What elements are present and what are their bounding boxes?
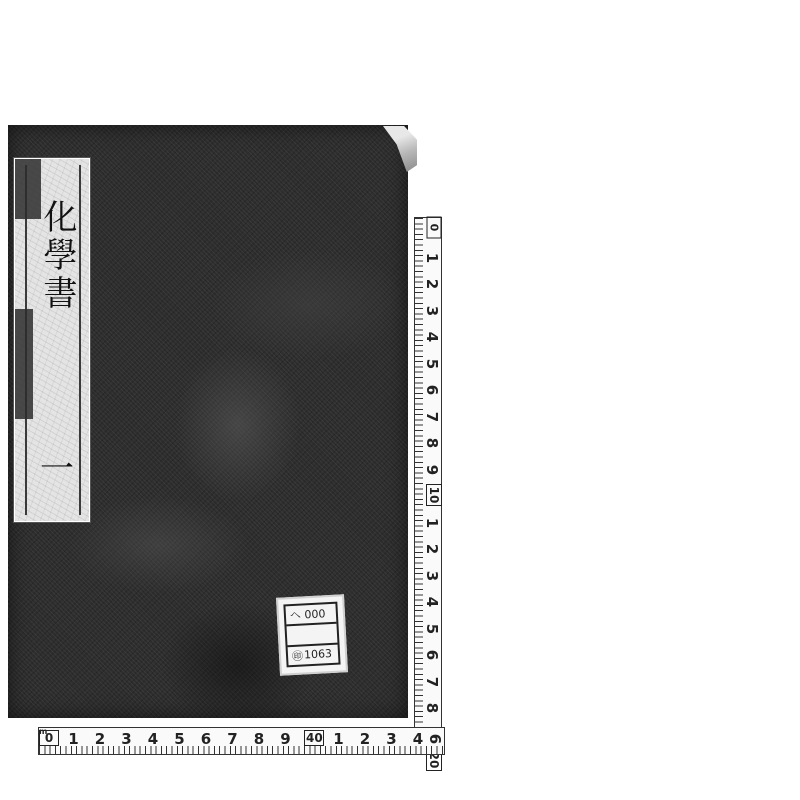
ruler-label: 7: [423, 673, 441, 691]
ruler-label: 4: [410, 730, 426, 748]
ruler-label: 0: [427, 217, 442, 239]
ruler-label: 6: [423, 646, 441, 664]
ruler-label: 4: [423, 328, 441, 346]
stamp-icon: ㊞: [292, 647, 304, 664]
ruler-label: 8: [423, 434, 441, 452]
ruler-label: 40: [304, 730, 324, 746]
label-accession-number: 1063: [304, 647, 333, 661]
book-scan: 化學書 一 ヘ 000 ㊞ 1063 012345678910123456789…: [0, 0, 800, 800]
ruler-label: 7: [423, 408, 441, 426]
ruler-label: 1: [423, 514, 441, 532]
ruler-label: 10: [426, 484, 442, 506]
ruler-unit: m: [39, 727, 47, 736]
ruler-label: 6: [198, 730, 214, 748]
slip-damage: [15, 309, 33, 419]
label-grid: ヘ 000 ㊞ 1063: [283, 602, 340, 668]
ruler-label: 2: [92, 730, 108, 748]
horizontal-ruler: 01234567894012346m: [38, 727, 445, 755]
ruler-label: 4: [423, 593, 441, 611]
ruler-label: 2: [357, 730, 373, 748]
ruler-ticks: [415, 218, 423, 753]
title-slip: 化學書 一: [14, 158, 90, 522]
ruler-label: 1: [423, 249, 441, 267]
ruler-label: 1: [66, 730, 82, 748]
ruler-label: 3: [119, 730, 135, 748]
ruler-label: 6: [423, 381, 441, 399]
label-class-number: ヘ 000: [285, 604, 336, 627]
ruler-label: 6: [426, 731, 444, 747]
ruler-label: 9: [423, 461, 441, 479]
ruler-label: 5: [423, 355, 441, 373]
ruler-label: 8: [251, 730, 267, 748]
label-blank-row: [287, 624, 338, 647]
ruler-label: 2: [423, 275, 441, 293]
library-label: ヘ 000 ㊞ 1063: [276, 594, 348, 675]
ruler-label: 8: [423, 699, 441, 717]
ruler-label: 1: [331, 730, 347, 748]
ruler-label: 9: [278, 730, 294, 748]
ruler-label: 5: [423, 620, 441, 638]
vertical-ruler: 01234567891012345678920: [414, 217, 442, 754]
volume-number: 一: [37, 441, 77, 490]
book-title: 化學書: [37, 199, 77, 313]
ruler-label: 4: [145, 730, 161, 748]
ruler-label: 3: [423, 567, 441, 585]
ruler-label: 5: [172, 730, 188, 748]
ruler-label: 3: [384, 730, 400, 748]
ruler-label: 2: [423, 540, 441, 558]
ruler-label: 3: [423, 302, 441, 320]
ruler-label: 7: [225, 730, 241, 748]
label-accession-row: ㊞ 1063: [288, 644, 339, 665]
